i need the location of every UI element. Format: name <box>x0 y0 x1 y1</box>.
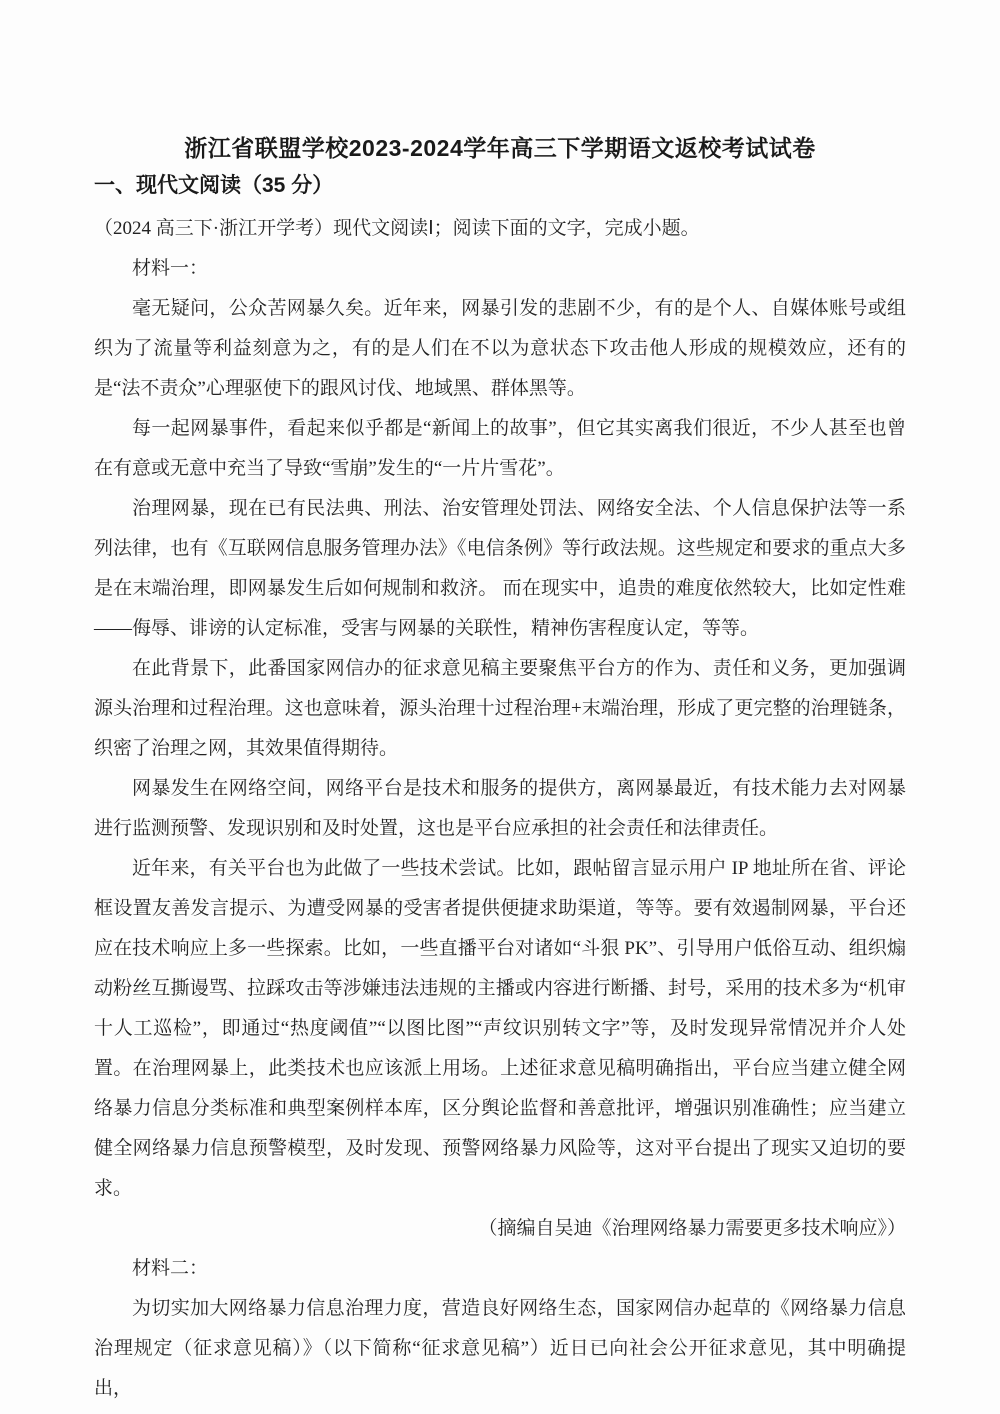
attribution-line: （摘编自吴迪《治理网络暴力需要更多技术响应》） <box>94 1209 906 1249</box>
page-title: 浙江省联盟学校2023-2024学年高三下学期语文返校考试试卷 <box>94 133 906 163</box>
material-one-label: 材料一： <box>94 249 906 289</box>
section-heading: 一、现代文阅读（35 分） <box>94 171 906 201</box>
material-one-paragraph-2: 每一起网暴事件，看起来似乎都是“新闻上的故事”，但它其实离我们很近，不少人甚至也… <box>94 409 906 489</box>
exam-paper-page: 浙江省联盟学校2023-2024学年高三下学期语文返校考试试卷 一、现代文阅读（… <box>0 0 1000 1414</box>
material-one-paragraph-4: 在此背景下，此番国家网信办的征求意见稿主要聚焦平台方的作为、责任和义务，更加强调… <box>94 649 906 769</box>
material-two-label: 材料二： <box>94 1249 906 1289</box>
material-two-paragraph-1: 为切实加大网络暴力信息治理力度，营造良好网络生态，国家网信办起草的《网络暴力信息… <box>94 1289 906 1409</box>
material-one-paragraph-5: 网暴发生在网络空间，网络平台是技术和服务的提供方，离网暴最近，有技术能力去对网暴… <box>94 769 906 849</box>
material-one-paragraph-1: 毫无疑问，公众苦网暴久矣。近年来，网暴引发的悲剧不少，有的是个人、自媒体账号或组… <box>94 289 906 409</box>
intro-line: （2024 高三下·浙江开学考）现代文阅读Ⅰ；阅读下面的文字，完成小题。 <box>94 209 906 249</box>
material-one-paragraph-3: 治理网暴，现在已有民法典、刑法、治安管理处罚法、网络安全法、个人信息保护法等一系… <box>94 489 906 649</box>
material-one-paragraph-6: 近年来，有关平台也为此做了一些技术尝试。比如，跟帖留言显示用户 IP 地址所在省… <box>94 849 906 1209</box>
